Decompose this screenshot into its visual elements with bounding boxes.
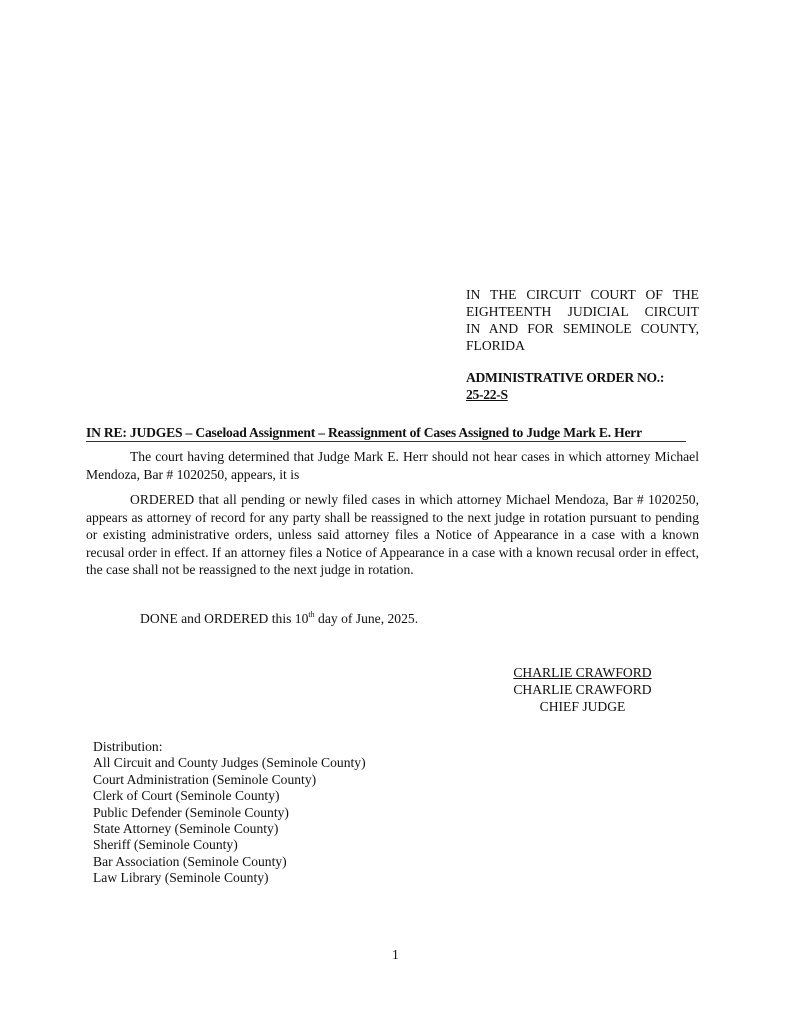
signature-block: CHARLIE CRAWFORD CHARLIE CRAWFORD CHIEF …	[500, 664, 665, 715]
administrative-order-number: ADMINISTRATIVE ORDER NO.: 25-22-S	[466, 369, 664, 403]
distribution-item: State Attorney (Seminole County)	[93, 821, 366, 837]
page-number: 1	[392, 946, 399, 963]
distribution-item: Public Defender (Seminole County)	[93, 805, 366, 821]
distribution-list: Distribution: All Circuit and County Jud…	[93, 739, 366, 887]
caption-line: EIGHTEENTH JUDICIAL CIRCUIT	[466, 303, 699, 320]
order-number: 25-22-S	[466, 386, 664, 403]
court-caption: IN THE CIRCUIT COURT OF THE EIGHTEENTH J…	[466, 286, 699, 354]
findings-paragraph: The court having determined that Judge M…	[86, 448, 699, 483]
done-and-ordered-line: DONE and ORDERED this 10th day of June, …	[140, 610, 418, 627]
ordered-paragraph: ORDERED that all pending or newly filed …	[86, 491, 699, 579]
printed-name: CHARLIE CRAWFORD	[500, 681, 665, 698]
caption-line: IN THE CIRCUIT COURT OF THE	[466, 286, 699, 303]
done-prefix: DONE and ORDERED this 10	[140, 611, 308, 626]
signature-line: CHARLIE CRAWFORD	[500, 664, 665, 681]
paragraph-text: The court having determined that Judge M…	[86, 449, 699, 482]
distribution-item: Law Library (Seminole County)	[93, 870, 366, 886]
distribution-item: Clerk of Court (Seminole County)	[93, 788, 366, 804]
distribution-item: Court Administration (Seminole County)	[93, 772, 366, 788]
subject-divider	[86, 441, 686, 442]
re-subject-line: IN RE: JUDGES – Caseload Assignment – Re…	[86, 424, 686, 441]
caption-line: IN AND FOR SEMINOLE COUNTY,	[466, 320, 699, 337]
order-label: ADMINISTRATIVE ORDER NO.:	[466, 369, 664, 386]
distribution-item: Bar Association (Seminole County)	[93, 854, 366, 870]
distribution-item: Sheriff (Seminole County)	[93, 837, 366, 853]
signer-title: CHIEF JUDGE	[500, 698, 665, 715]
distribution-heading: Distribution:	[93, 739, 366, 755]
paragraph-text: ORDERED that all pending or newly filed …	[86, 492, 699, 577]
caption-line: FLORIDA	[466, 337, 699, 354]
distribution-item: All Circuit and County Judges (Seminole …	[93, 755, 366, 771]
done-suffix: day of June, 2025.	[315, 611, 418, 626]
